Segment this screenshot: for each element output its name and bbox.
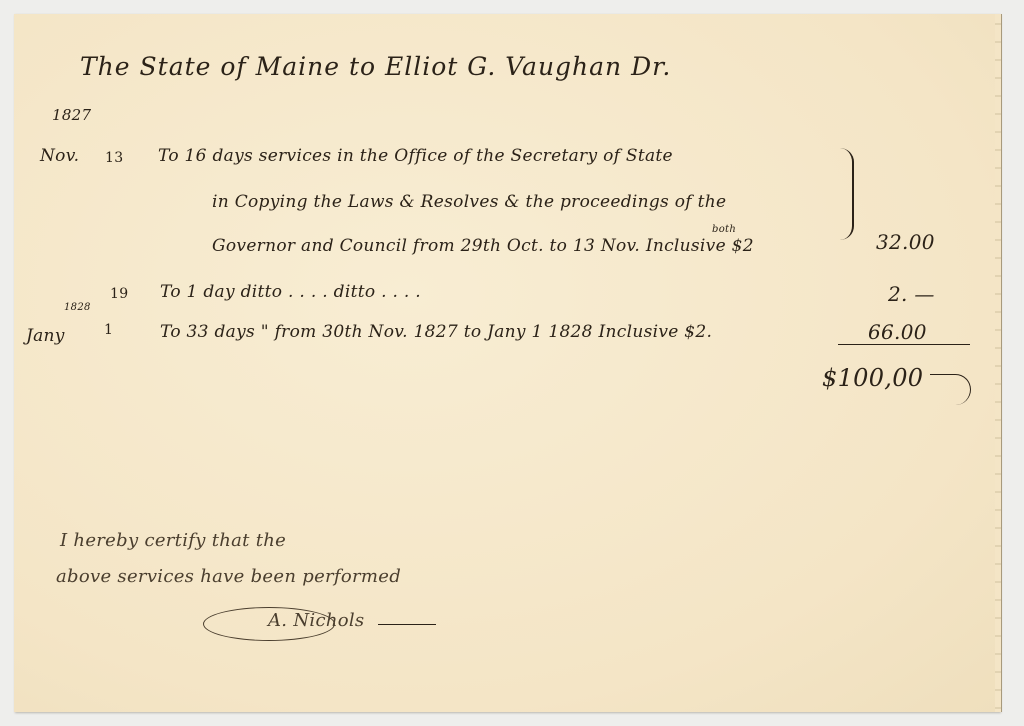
- signature-rule: [378, 624, 436, 625]
- document-heading: The State of Maine to Elliot G. Vaughan …: [80, 52, 671, 81]
- signature: A. Nichols: [268, 610, 364, 631]
- entry-amount: 66.00: [868, 320, 927, 344]
- entry-line: To 33 days " from 30th Nov. 1827 to Jany…: [160, 322, 712, 342]
- entry-line: To 1 day ditto . . . . ditto . . . .: [160, 282, 421, 302]
- sum-rule: [838, 344, 970, 345]
- torn-edge: [995, 14, 1002, 712]
- entry-year: 1828: [64, 302, 91, 313]
- insertion-note: both: [712, 224, 736, 235]
- entry-line: Governor and Council from 29th Oct. to 1…: [212, 236, 754, 256]
- bracket-brace: [838, 148, 854, 240]
- certification-line: above services have been performed: [56, 566, 401, 587]
- total-amount: $100,00: [822, 364, 923, 392]
- entry-month: Jany: [26, 326, 65, 346]
- certification-line: I hereby certify that the: [60, 530, 286, 551]
- entry-day: 19: [110, 286, 128, 302]
- entry-line: To 16 days services in the Office of the…: [158, 146, 673, 166]
- entry-amount: 32.00: [876, 230, 935, 254]
- entry-day: 1: [104, 322, 113, 338]
- entry-line: in Copying the Laws & Resolves & the pro…: [212, 192, 726, 212]
- entry-amount: 2. —: [888, 282, 935, 306]
- manuscript-page: [14, 14, 1000, 712]
- entry-day: 13: [105, 150, 123, 166]
- entry-year: 1827: [52, 106, 91, 124]
- total-flourish: [930, 374, 971, 405]
- entry-month: Nov.: [40, 146, 79, 166]
